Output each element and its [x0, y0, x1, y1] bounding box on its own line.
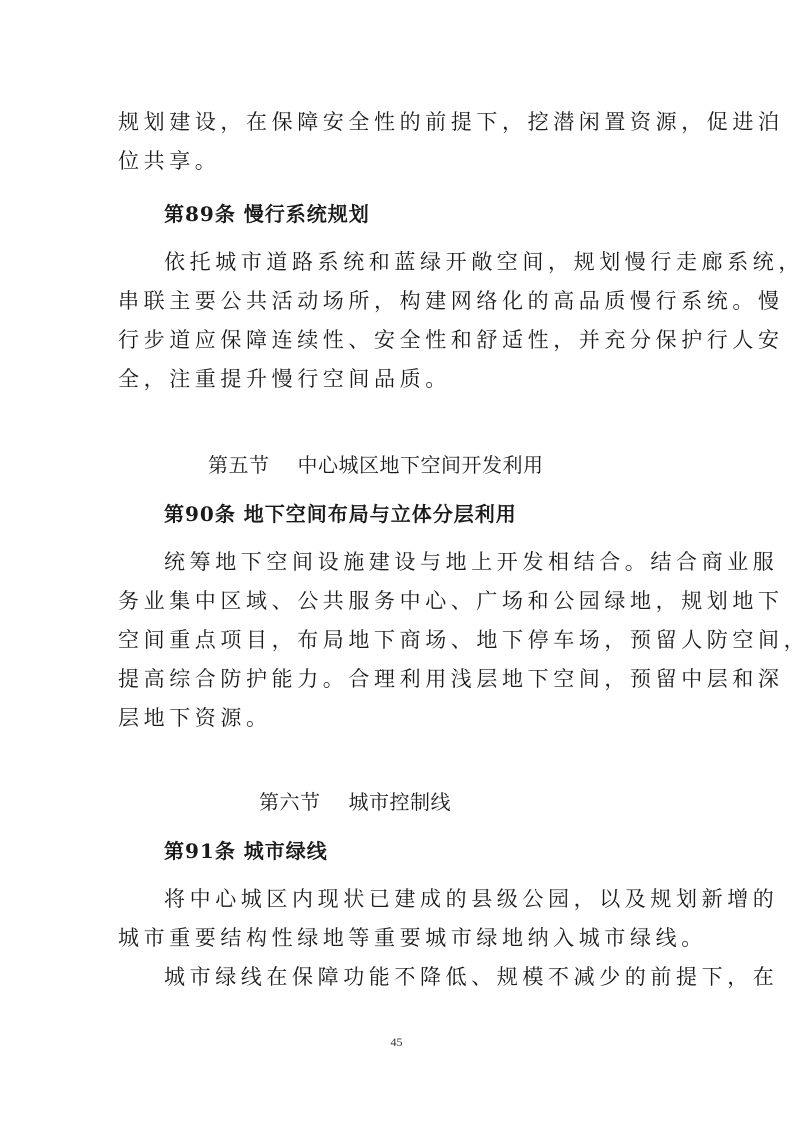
paragraph-line: 城市重要结构性绿地等重要城市绿地纳入城市绿线。 [118, 923, 688, 953]
section-6-heading: 第六节城市控制线 [259, 787, 451, 817]
section-number: 第五节 [208, 453, 270, 477]
article-90-heading: 第90条 地下空间布局与立体分层利用 [164, 499, 517, 529]
section-5-heading: 第五节中心城区地下空间开发利用 [208, 450, 544, 480]
page-number: 45 [0, 1035, 793, 1050]
paragraph-line: 层地下资源。 [118, 703, 688, 733]
section-title: 城市控制线 [349, 790, 452, 814]
article-89-heading: 第89条 慢行系统规划 [164, 199, 370, 229]
paragraph-line: 将中心城区内现状已建成的县级公园，以及规划新增的 [164, 884, 734, 914]
section-title: 中心城区地下空间开发利用 [298, 453, 544, 477]
paragraph-line: 全，注重提升慢行空间品质。 [118, 364, 688, 394]
document-page: 规划建设，在保障安全性的前提下，挖潜闲置资源，促进泊 位共享。 第89条 慢行系… [0, 0, 793, 1122]
paragraph-line: 空间重点项目，布局地下商场、地下停车场，预留人防空间， [118, 625, 688, 655]
section-number: 第六节 [259, 790, 321, 814]
paragraph-line: 行步道应保障连续性、安全性和舒适性，并充分保护行人安 [118, 325, 688, 355]
paragraph-line: 依托城市道路系统和蓝绿开敞空间，规划慢行走廊系统， [164, 247, 734, 277]
paragraph-line: 提高综合防护能力。合理利用浅层地下空间，预留中层和深 [118, 664, 688, 694]
paragraph-line: 串联主要公共活动场所，构建网络化的高品质慢行系统。慢 [118, 286, 688, 316]
article-91-heading: 第91条 城市绿线 [164, 836, 328, 866]
paragraph-line: 务业集中区域、公共服务中心、广场和公园绿地，规划地下 [118, 586, 688, 616]
paragraph-line: 位共享。 [118, 146, 688, 176]
paragraph-line: 规划建设，在保障安全性的前提下，挖潜闲置资源，促进泊 [118, 107, 688, 137]
paragraph-line: 统筹地下空间设施建设与地上开发相结合。结合商业服 [164, 547, 734, 577]
paragraph-line: 城市绿线在保障功能不降低、规模不减少的前提下，在 [164, 962, 734, 992]
